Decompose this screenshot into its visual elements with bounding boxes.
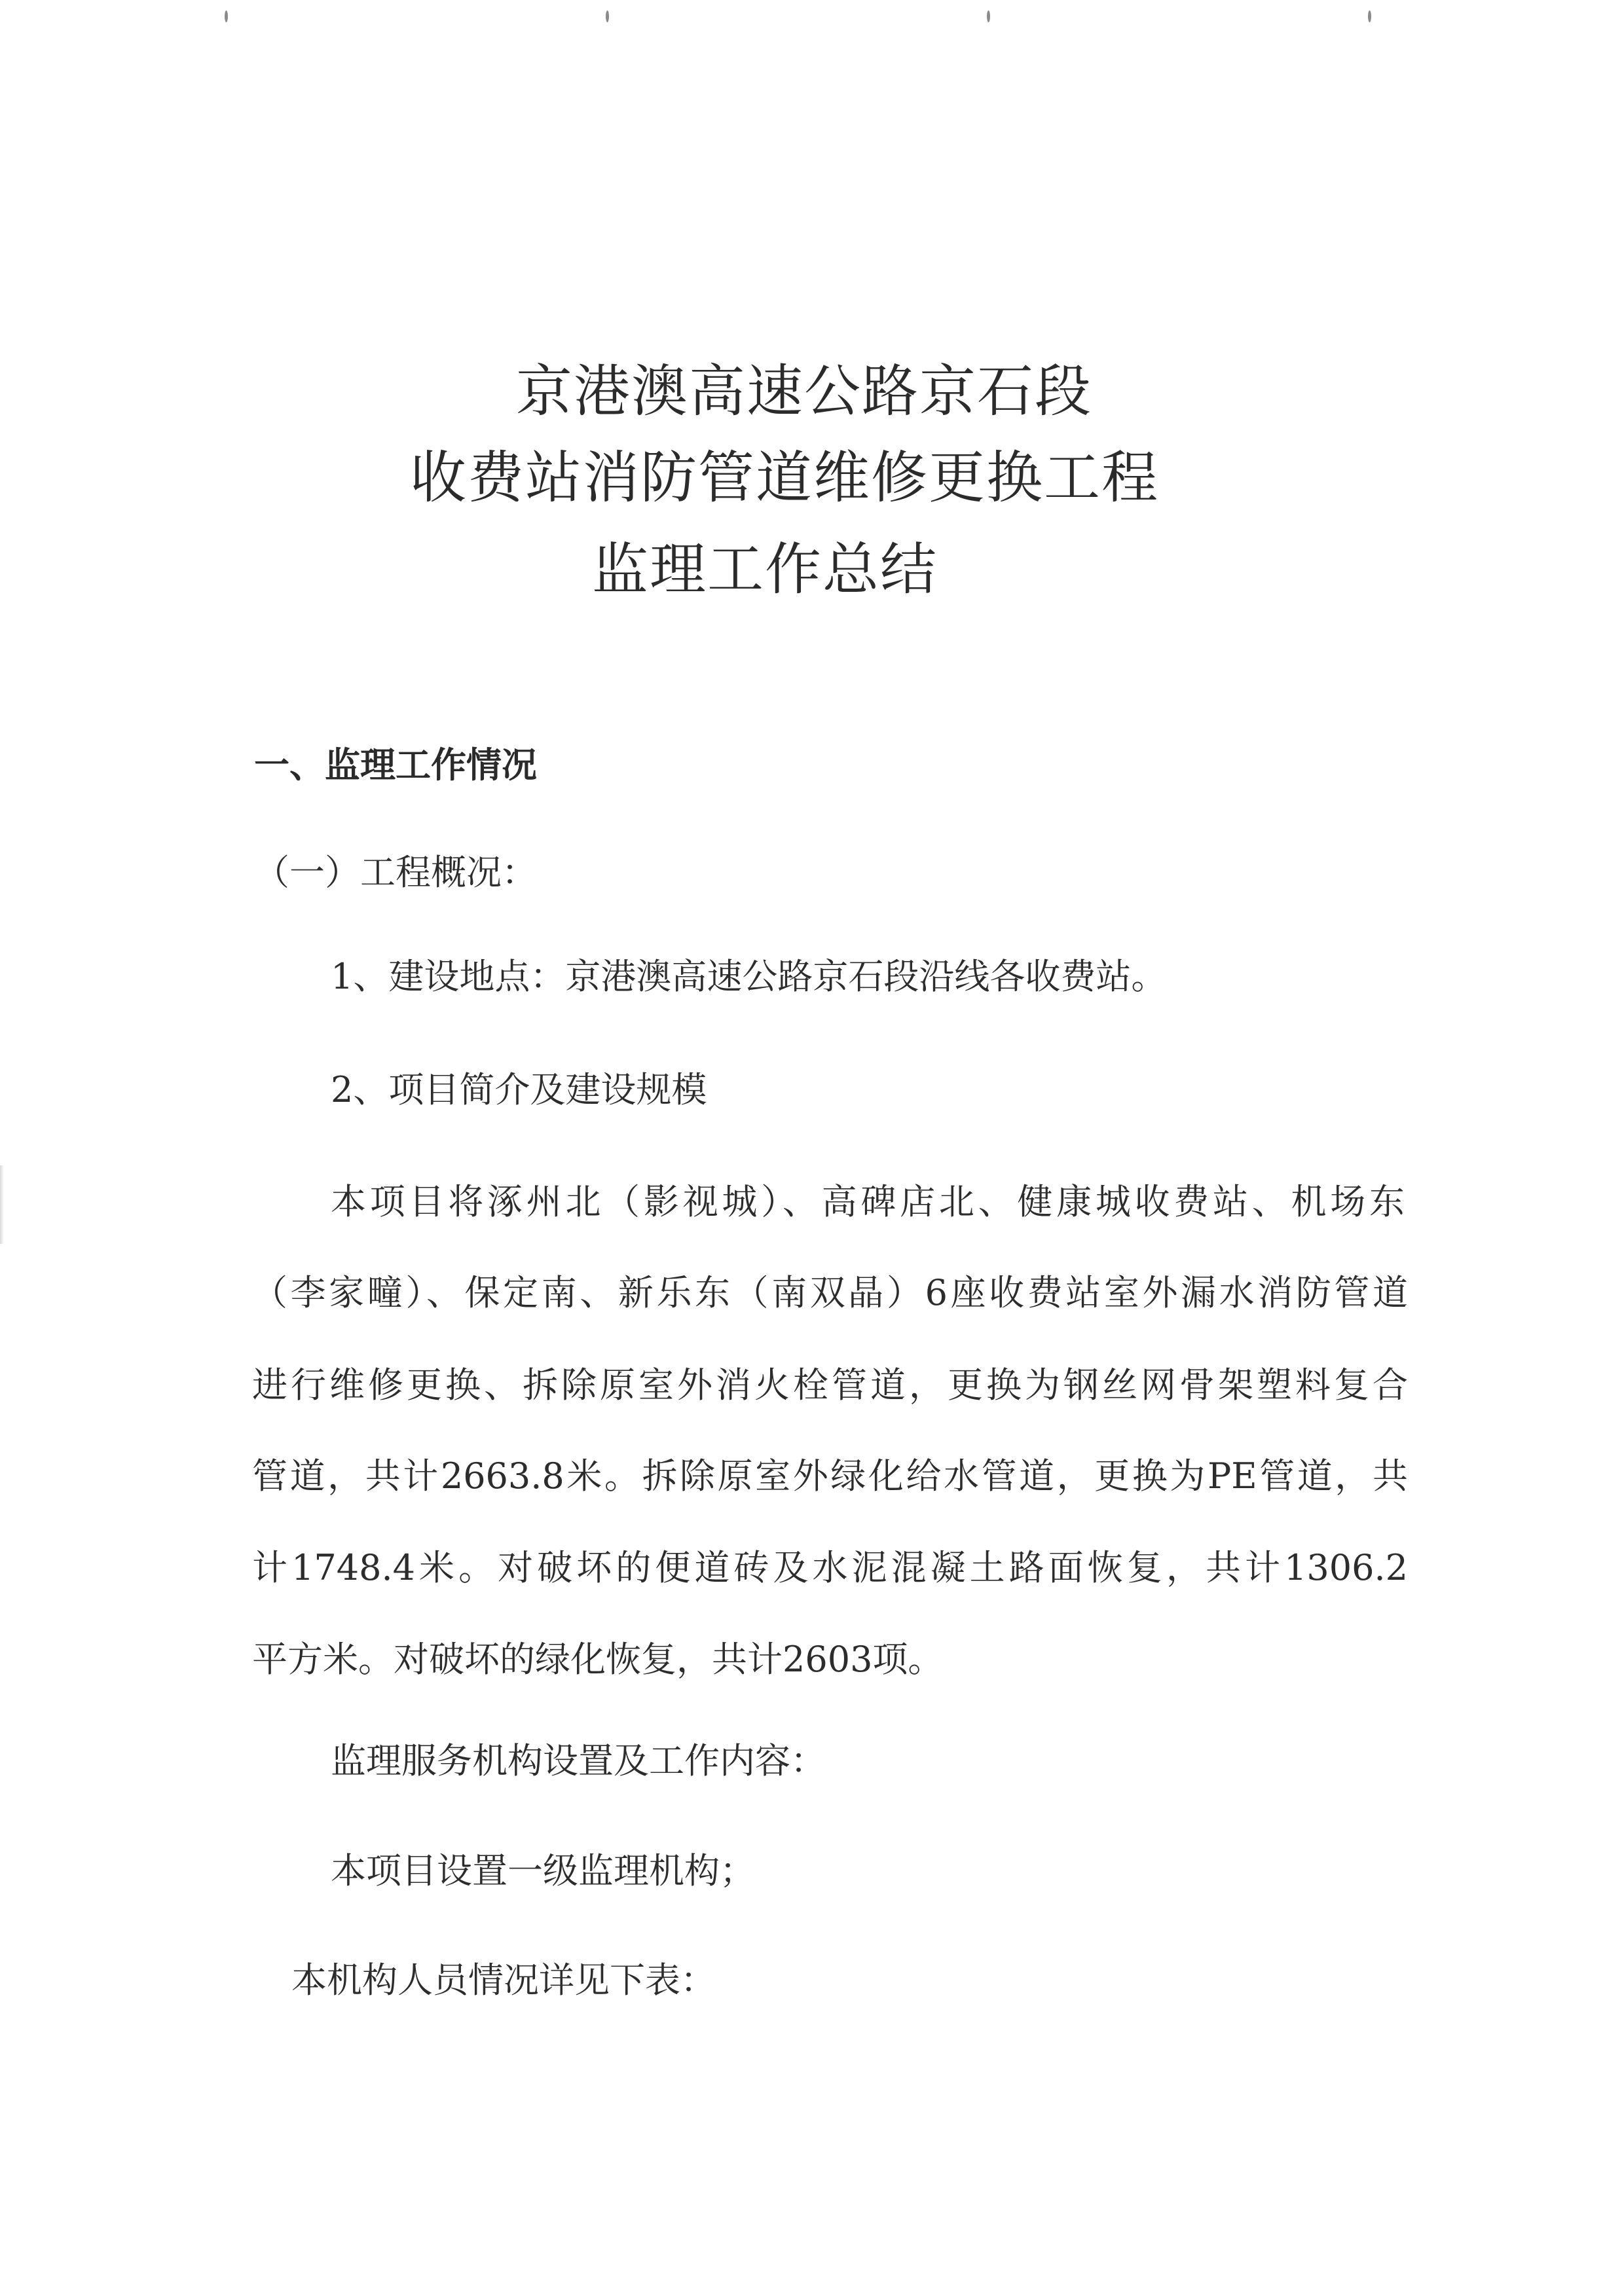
binding-hole-mark [1368,10,1371,22]
section-heading-supervision-work: 一、监理工作情况 [254,737,537,788]
description-line-2: （李家疃）、保定南、新乐东（南双晶）6座收费站室外漏水消防管道 [252,1273,1408,1313]
description-line-6: 平方米。对破坏的绿化恢复，共计2603项。 [252,1640,943,1679]
binding-hole-mark [606,10,609,22]
binding-hole-mark [987,10,990,22]
document-title-line-1: 京港澳高速公路京石段 [0,346,1616,427]
org-setup-heading: 监理服务机构设置及工作内容： [331,1741,826,1781]
binding-hole-mark [225,10,228,22]
description-line-5: 计1748.4米。对破坏的便道砖及水泥混凝土路面恢复，共计1306.2 [252,1548,1408,1588]
document-page: 京港澳高速公路京石段 收费站消防管道维修更换工程 监理工作总结 一、监理工作情况… [0,0,1624,2296]
org-level-statement: 本项目设置一级监理机构； [331,1851,755,1891]
document-title-line-3: 监理工作总结 [0,524,1577,605]
scan-edge-shadow [0,1165,4,1244]
description-line-4: 管道，共计2663.8米。拆除原室外绿化给水管道，更换为PE管道，共 [252,1457,1408,1496]
item-construction-location: 1、建设地点：京港澳高速公路京石段沿线各收费站。 [331,957,1166,996]
item-project-scope-heading: 2、项目简介及建设规模 [331,1070,707,1110]
description-line-1: 本项目将涿州北（影视城）、高碑店北、健康城收费站、机场东 [331,1182,1405,1222]
document-title-line-2: 收费站消防管道维修更换工程 [0,432,1596,513]
staff-table-note: 本机构人员情况详见下表： [291,1961,716,2000]
subsection-heading-project-overview: （一）工程概况： [254,853,537,892]
description-line-3: 进行维修更换、拆除原室外消火栓管道，更换为钢丝网骨架塑料复合 [252,1366,1408,1405]
